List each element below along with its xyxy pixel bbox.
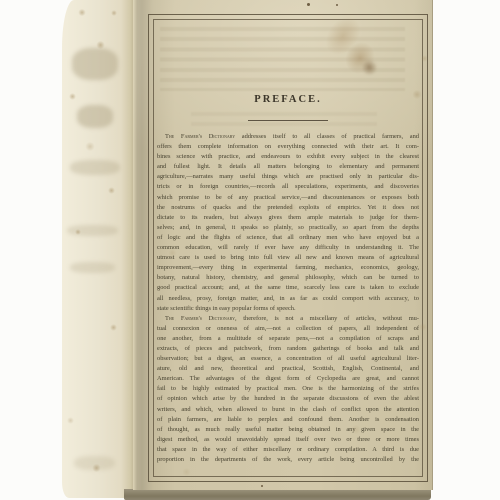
- text-line: observation; but a digest, an essence, a…: [157, 354, 419, 364]
- text-line: writers, and which, when allowed to burs…: [157, 405, 419, 415]
- ink-stain: [361, 60, 378, 75]
- text-line: that space in the way of either miscella…: [157, 445, 419, 455]
- text-line: The Farmer's Dictionary addresses itself…: [157, 132, 419, 142]
- foxing-speck: [261, 485, 263, 487]
- text-line: dictate to its readers, but always gives…: [157, 213, 419, 223]
- text-line: offers them complete information on ever…: [157, 142, 419, 152]
- foxing-spot: [111, 10, 117, 16]
- text-line: extracts, of pieces and patchwork, from …: [157, 344, 419, 354]
- text-line: digest method, as would unavoidably spre…: [157, 435, 419, 445]
- facing-page: [62, 0, 134, 498]
- foxing-spot: [110, 324, 117, 331]
- foxing-spot: [92, 464, 101, 472]
- foxing-speck: [336, 4, 338, 6]
- text-line: The Farmer's Dictionary, therefore, is n…: [157, 314, 419, 324]
- text-line: agriculture,—narrates many useful things…: [157, 172, 419, 182]
- text-line: of opinion which arise by the hundred in…: [157, 394, 419, 404]
- foxing-spot: [412, 90, 422, 99]
- text-line: and fullest light. It details all matter…: [157, 162, 419, 172]
- text-line: good practical account; and, at the same…: [157, 283, 419, 293]
- page-title: PREFACE.: [157, 94, 419, 105]
- text-line: utmost care is used to bring into full v…: [157, 253, 419, 263]
- showthrough-text: [191, 112, 377, 131]
- foxing-speck: [307, 3, 310, 6]
- text-line: one another, from a multitude of separat…: [157, 334, 419, 344]
- text-line: bines science with practice, and endeavo…: [157, 152, 419, 162]
- showthrough-mark: [72, 48, 118, 80]
- foxing-spot: [285, 203, 297, 213]
- foxing-spot: [421, 55, 428, 62]
- foxing-spot: [78, 9, 86, 16]
- showthrough-mark: [70, 160, 120, 175]
- showthrough-mark: [70, 262, 115, 273]
- book-photo: PREFACE. The Farmer's Dictionary address…: [0, 0, 500, 500]
- foxing-spot: [182, 468, 191, 476]
- showthrough-mark: [77, 105, 113, 128]
- preface-text: The Farmer's Dictionary addresses itself…: [157, 132, 419, 465]
- text-line: state scientific things in easy popular …: [157, 304, 419, 314]
- text-line: tricts or in foreign countries,—records …: [157, 182, 419, 192]
- foxing-spot: [75, 229, 81, 235]
- foxing-spot: [85, 142, 95, 151]
- smallcaps-phrase: The Farmer's Dictionary: [165, 315, 235, 322]
- foxing-spot: [67, 417, 74, 424]
- text-line: tual connexion or oneness of aim,—not a …: [157, 324, 419, 334]
- text-line: selves; and, in general, it speaks so pl…: [157, 223, 419, 233]
- text-line: all needless, prosy, foreign matter, and…: [157, 294, 419, 304]
- book-bottom-edge: [124, 489, 431, 500]
- foxing-spot: [96, 41, 105, 49]
- text-line: proportion in the departments of the wor…: [157, 455, 419, 465]
- foxing-spot: [351, 425, 361, 434]
- text-line: of plain farmers, are liable to perplex …: [157, 415, 419, 425]
- book-page: PREFACE. The Farmer's Dictionary address…: [133, 0, 433, 490]
- title-rule: [248, 120, 328, 121]
- text-line: improvement,—every thing in experimental…: [157, 263, 419, 273]
- foxing-spot: [168, 249, 177, 257]
- smallcaps-phrase: The Farmer's Dictionary: [165, 133, 235, 140]
- text-line: American. The advantages of the digest f…: [157, 374, 419, 384]
- text-line: which promise to be of any practical ser…: [157, 193, 419, 203]
- text-line: ature, old and new, theoretical and prac…: [157, 364, 419, 374]
- text-line: of thought, as much really useful matter…: [157, 425, 419, 435]
- text-line: botany, natural history, chemistry, and …: [157, 273, 419, 283]
- text-line: common education, will rarely if ever ha…: [157, 243, 419, 253]
- foxing-spot: [419, 323, 427, 331]
- foxing-spot: [69, 93, 76, 100]
- foxing-spot: [108, 187, 115, 194]
- text-line: of logic and the flights of science, tha…: [157, 233, 419, 243]
- text-line: fail to be highly estimated by practical…: [157, 384, 419, 394]
